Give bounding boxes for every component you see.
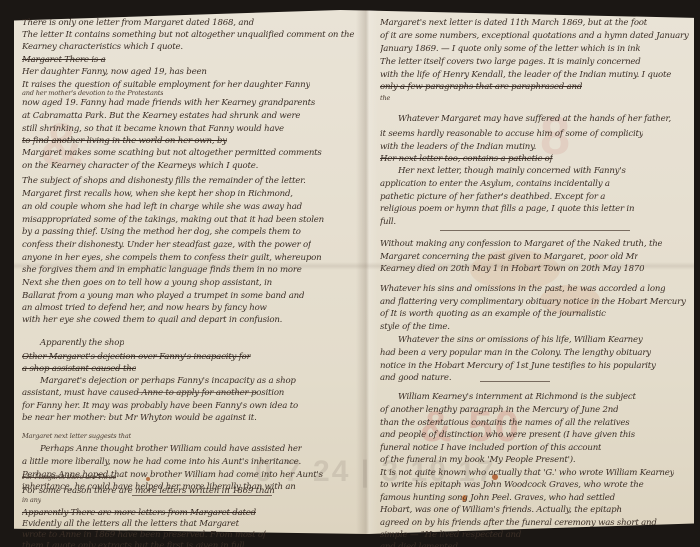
handwritten-line: Margaret next letter suggests that xyxy=(22,432,131,440)
handwritten-line: Hobart, was one of William's friends. Ac… xyxy=(380,505,622,515)
handwritten-line: Kearney died on 20th May 1 in Hobart Tow… xyxy=(380,264,644,274)
handwritten-line: The letter It contains something but not… xyxy=(22,30,354,40)
handwritten-line: Ballarat from a young man who played a t… xyxy=(22,291,304,301)
handwritten-line: misappropriated some of the takings, mak… xyxy=(22,215,324,225)
handwritten-line: Perhaps Anne thought brother William cou… xyxy=(22,444,302,454)
handwritten-line: with the leaders of the Indian mutiny. xyxy=(380,142,536,152)
handwritten-line: at Cabramatta Park. But the Kearney esta… xyxy=(22,111,300,121)
struck-handwritten-line: only a few paragraphs that are paraphras… xyxy=(380,82,582,92)
struck-handwritten-line: For Margaret there are Three xyxy=(22,473,116,481)
handwritten-line: be near her mother: but Mr Whyton would … xyxy=(22,413,257,423)
handwritten-line: Without making any confession to Margare… xyxy=(380,239,662,249)
handwritten-line: style of the time. xyxy=(380,322,450,332)
handwritten-line: by a passing thief. Using the method her… xyxy=(22,227,301,237)
handwritten-line: an almost tried to defend her, and now h… xyxy=(22,303,267,313)
handwritten-line: and flattering very complimentary obitua… xyxy=(380,297,686,307)
handwritten-line: of the funeral in my book 'My People Pre… xyxy=(380,455,575,465)
handwritten-line: funeral notice I have included portion o… xyxy=(380,443,601,453)
handwritten-line: she forgives them and in emphatic langua… xyxy=(22,265,302,275)
handwritten-line: William Kearney's internment at Richmond… xyxy=(380,392,636,402)
section-divider-rule xyxy=(132,495,272,496)
handwritten-line: of it are some numbers, exceptional quot… xyxy=(380,31,689,41)
handwritten-line: and her mother's devotion to the Protest… xyxy=(22,89,163,97)
handwritten-line: There is only one letter from Margaret d… xyxy=(22,18,254,28)
handwritten-line: Evidently all the letters all the letter… xyxy=(22,519,239,529)
handwritten-line: Margaret first recalls how, when she kep… xyxy=(22,189,293,199)
handwritten-line: Whatever his sins and omissions in the p… xyxy=(380,284,665,294)
handwritten-line: famous hunting song John Peel. Graves, w… xyxy=(380,493,615,503)
section-divider-rule xyxy=(137,392,257,393)
handwritten-line: of another lengthy paragraph in the Merc… xyxy=(380,405,618,415)
struck-handwritten-line: Her next letter too, contains a pathetic… xyxy=(380,154,553,164)
handwritten-line: Margaret's dejection or perhaps Fanny's … xyxy=(22,376,296,386)
handwritten-line: Margaret concerning the past given to Ma… xyxy=(380,252,638,262)
handwritten-line: confess their dishonesty. Under her stea… xyxy=(22,240,311,250)
handwritten-line: an old couple whom she had left in charg… xyxy=(22,202,302,212)
handwritten-line: and good nature. xyxy=(380,373,451,383)
handwritten-line: with the life of Henry Kendall, the lead… xyxy=(380,70,671,80)
handwritten-line: Next she then goes on to tell how a youn… xyxy=(22,278,272,288)
handwritten-line: the xyxy=(380,94,390,102)
handwritten-line: Kearney characteristics which I quote. xyxy=(22,42,183,52)
handwritten-line: Margaret makes some scathing but not alt… xyxy=(22,148,322,158)
handwritten-line: simple — "He lived respected and xyxy=(380,530,521,540)
center-fold xyxy=(356,10,378,534)
struck-handwritten-line: a shop assistant caused the xyxy=(22,364,136,374)
handwritten-line: application to enter the Asylum, contain… xyxy=(380,179,610,189)
handwritten-line: Her daughter Fanny, now aged 19, has bee… xyxy=(22,67,207,77)
handwritten-line: The letter itself covers two large pages… xyxy=(380,57,641,67)
handwritten-line: with her eye she cowed them to quail and… xyxy=(22,315,282,325)
handwritten-line: to write his epitaph was John Woodcock G… xyxy=(380,480,644,490)
handwritten-line: notice in the Hobart Mercury of 1st June… xyxy=(380,361,656,371)
handwritten-line: on the Kearney character of the Kearneys… xyxy=(22,161,258,171)
struck-handwritten-line: Apparently There are more letters from M… xyxy=(22,508,256,518)
handwritten-line: had been a very popular man in the Colon… xyxy=(380,348,651,358)
handwritten-line: Whatever Margaret may have suffered at t… xyxy=(380,114,671,124)
handwritten-line: of It is worth quoting as an example of … xyxy=(380,309,606,319)
handwritten-line: religious poem or hymn that fills a page… xyxy=(380,204,634,214)
handwritten-line: agreed on by his friends after the funer… xyxy=(380,518,657,528)
handwritten-line: still shrinking, so that it became known… xyxy=(22,124,284,134)
struck-handwritten-line: to find another living in the world on h… xyxy=(22,136,227,146)
struck-handwritten-line: Margaret There is a xyxy=(22,55,106,65)
handwritten-line: wrote to Anne in 1869 have been preserve… xyxy=(22,530,266,540)
handwritten-line: for Fanny her. It may was probably have … xyxy=(22,401,298,411)
handwritten-line: than the ostentatious contains the names… xyxy=(380,418,630,428)
handwritten-line: It is not quite known who actually that … xyxy=(380,468,674,478)
handwritten-line: now aged 19. Fanny had made friends with… xyxy=(22,98,315,108)
section-divider-rule xyxy=(440,230,630,231)
handwritten-line: a little more liberally, now he had come… xyxy=(22,457,301,467)
handwritten-line: and people of distinction who were prese… xyxy=(380,430,635,440)
handwritten-line: it seems hardly reasonable to accuse him… xyxy=(380,129,643,139)
handwritten-line: Apparently the shop xyxy=(22,338,124,348)
handwritten-line: anyone in her eyes, she compels them to … xyxy=(22,253,321,263)
handwritten-line: and died lamented. xyxy=(380,542,460,547)
handwritten-line: assistant, must have caused Anne to appl… xyxy=(22,388,284,398)
handwritten-line: in any xyxy=(22,496,41,504)
handwritten-line: them I quote only extracts but the first… xyxy=(22,541,244,547)
struck-handwritten-line: Other Margaret's dejection over Fanny's … xyxy=(22,352,251,362)
handwritten-line: January 1869. — I quote only some of the… xyxy=(380,44,640,54)
handwritten-line: Margaret's next letter is dated 11th Mar… xyxy=(380,18,647,28)
handwritten-line: full. xyxy=(380,217,396,227)
handwritten-line: Her next letter, though mainly concerned… xyxy=(380,166,626,176)
handwritten-line: The subject of shops and dishonesty fill… xyxy=(22,176,306,186)
handwritten-line: pathetic picture of her father's deathbe… xyxy=(380,192,605,202)
handwritten-line: Whatever the sins or omissions of his li… xyxy=(380,335,643,345)
section-divider-rule xyxy=(480,381,550,382)
